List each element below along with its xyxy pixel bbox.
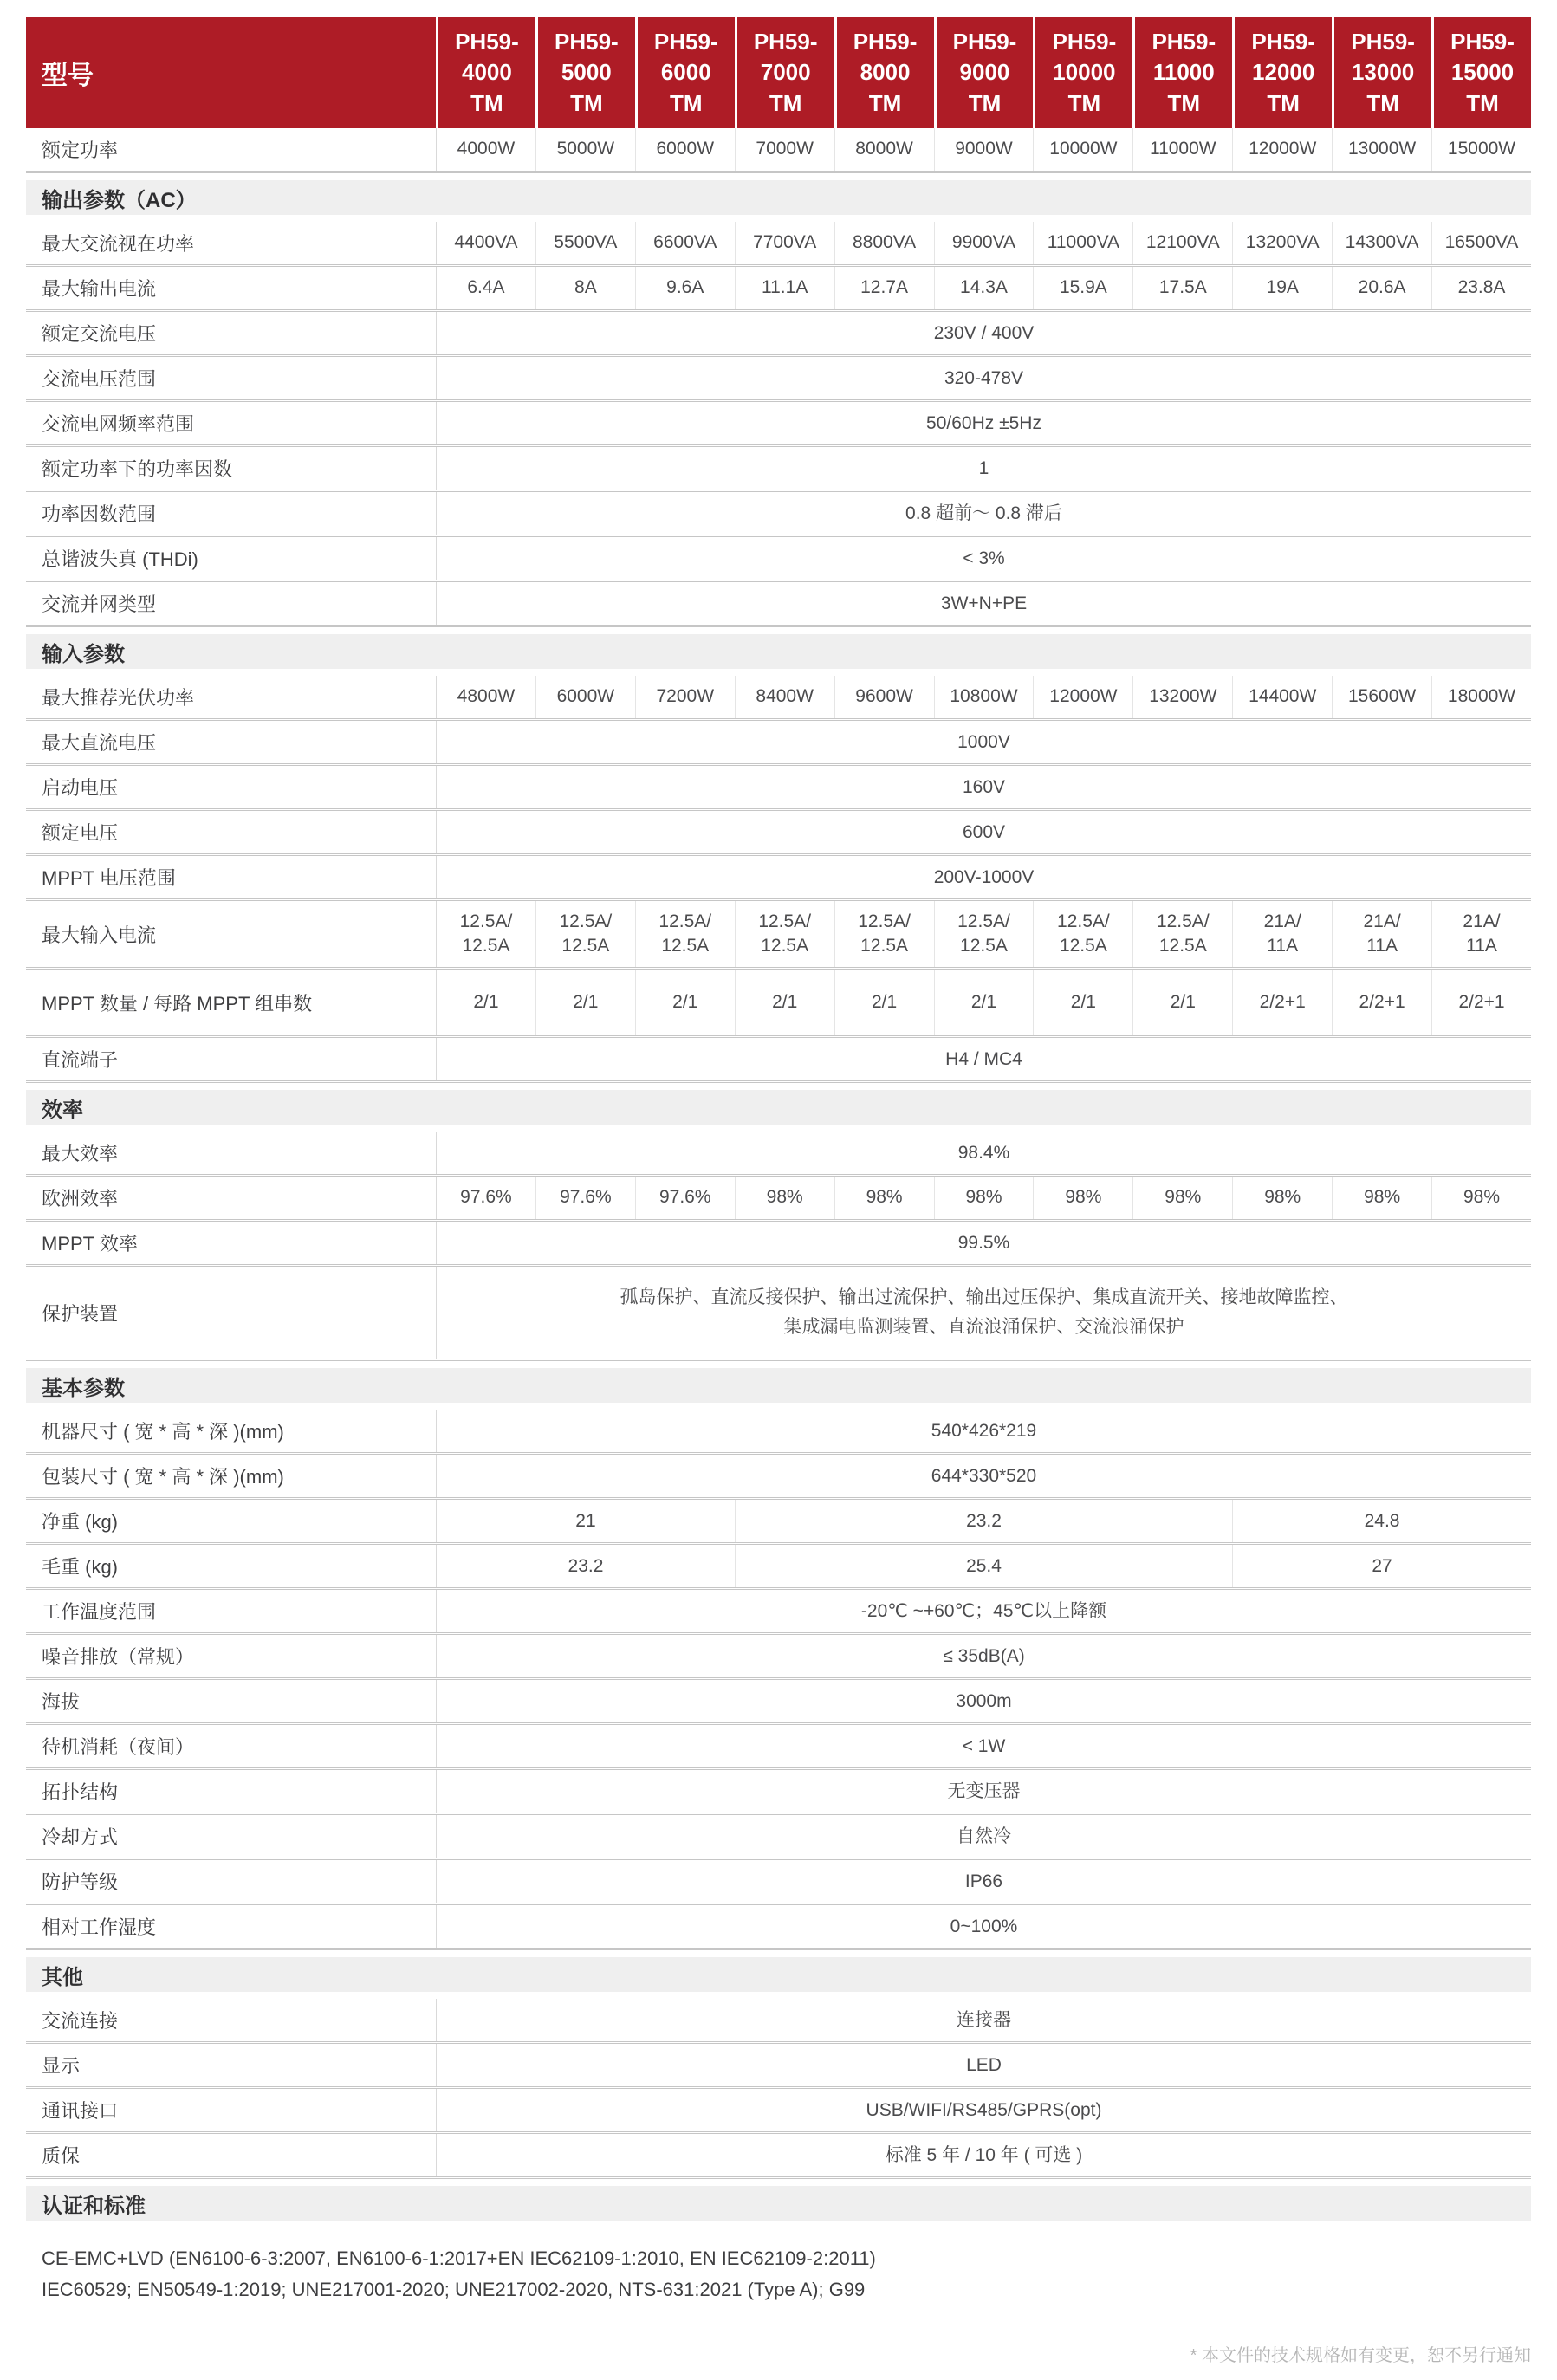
spec-value-group: 23.2 bbox=[735, 1500, 1232, 1542]
spec-row: 相对工作湿度0~100% bbox=[26, 1905, 1531, 1950]
spec-row-values: 99.5% bbox=[437, 1222, 1531, 1264]
spec-row-label: 最大交流视在功率 bbox=[26, 222, 437, 264]
spec-row-label: 待机消耗（夜间） bbox=[26, 1725, 437, 1767]
spec-row-label: 额定交流电压 bbox=[26, 312, 437, 354]
spec-row-label: 防护等级 bbox=[26, 1860, 437, 1903]
spec-value-span: < 3% bbox=[437, 537, 1531, 580]
spec-value-span: 1 bbox=[437, 447, 1531, 490]
spec-value-cell: 5000W bbox=[535, 128, 635, 171]
spec-value-cell: 8400W bbox=[735, 676, 834, 718]
specifications-table: 型号 PH59- 4000 TMPH59- 5000 TMPH59- 6000 … bbox=[26, 17, 1531, 2221]
spec-row-label: MPPT 电压范围 bbox=[26, 856, 437, 898]
spec-value-cell: 12000W bbox=[1033, 676, 1132, 718]
spec-row: 海拔3000m bbox=[26, 1680, 1531, 1725]
spec-value-cell: 97.6% bbox=[437, 1177, 535, 1219]
spec-value-cell: 8A bbox=[535, 267, 635, 309]
spec-row-label: 相对工作湿度 bbox=[26, 1905, 437, 1948]
spec-row: 交流电网频率范围50/60Hz ±5Hz bbox=[26, 402, 1531, 447]
spec-row-label: 额定电压 bbox=[26, 811, 437, 853]
spec-value-cell: 13000W bbox=[1332, 128, 1431, 171]
spec-value-span: -20℃ ~+60℃；45℃以上降额 bbox=[437, 1590, 1531, 1632]
spec-row-values: 160V bbox=[437, 766, 1531, 808]
spec-row: 防护等级IP66 bbox=[26, 1860, 1531, 1905]
spec-value-cell: 5500VA bbox=[535, 222, 635, 264]
spec-value-cell: 21A/ 11A bbox=[1431, 901, 1531, 967]
spec-value-cell: 15.9A bbox=[1033, 267, 1132, 309]
section-header: 其他 bbox=[26, 1957, 1531, 1992]
spec-row: 最大效率98.4% bbox=[26, 1132, 1531, 1177]
spec-row-label: 毛重 (kg) bbox=[26, 1545, 437, 1587]
spec-value-cell: 4000W bbox=[437, 128, 535, 171]
spec-value-span: 320-478V bbox=[437, 357, 1531, 399]
spec-row-label: 噪音排放（常规） bbox=[26, 1635, 437, 1677]
spec-row: 保护装置孤岛保护、直流反接保护、输出过流保护、输出过压保护、集成直流开关、接地故… bbox=[26, 1267, 1531, 1361]
spec-value-cell: 14300VA bbox=[1332, 222, 1431, 264]
spec-row: 额定电压600V bbox=[26, 811, 1531, 856]
section-header: 输出参数（AC） bbox=[26, 180, 1531, 215]
spec-row-values: 4400VA5500VA6600VA7700VA8800VA9900VA1100… bbox=[437, 222, 1531, 264]
spec-row-values: USB/WIFI/RS485/GPRS(opt) bbox=[437, 2089, 1531, 2131]
spec-value-cell: 13200VA bbox=[1232, 222, 1332, 264]
spec-value-cell: 98% bbox=[834, 1177, 934, 1219]
spec-value-span: 3W+N+PE bbox=[437, 582, 1531, 625]
spec-value-cell: 9900VA bbox=[934, 222, 1034, 264]
spec-row: 最大输入电流12.5A/ 12.5A12.5A/ 12.5A12.5A/ 12.… bbox=[26, 901, 1531, 970]
model-header-cell: PH59- 5000 TM bbox=[535, 17, 635, 128]
spec-row: 交流并网类型3W+N+PE bbox=[26, 582, 1531, 627]
spec-row: 最大交流视在功率4400VA5500VA6600VA7700VA8800VA99… bbox=[26, 222, 1531, 267]
spec-row-values: 连接器 bbox=[437, 1999, 1531, 2041]
spec-row-values: 2/12/12/12/12/12/12/12/12/2+12/2+12/2+1 bbox=[437, 970, 1531, 1035]
spec-value-cell: 17.5A bbox=[1132, 267, 1232, 309]
spec-row-label: 欧洲效率 bbox=[26, 1177, 437, 1219]
certifications-block: CE-EMC+LVD (EN6100-6-3:2007, EN6100-6-1:… bbox=[26, 2243, 1531, 2306]
model-header-cell: PH59- 8000 TM bbox=[834, 17, 934, 128]
spec-row-label: 质保 bbox=[26, 2134, 437, 2176]
spec-value-group: 21 bbox=[437, 1500, 735, 1542]
spec-row: 欧洲效率97.6%97.6%97.6%98%98%98%98%98%98%98%… bbox=[26, 1177, 1531, 1222]
spec-value-span: ≤ 35dB(A) bbox=[437, 1635, 1531, 1677]
spec-value-span: 0.8 超前～ 0.8 滞后 bbox=[437, 492, 1531, 535]
spec-row-values: 230V / 400V bbox=[437, 312, 1531, 354]
spec-value-cell: 2/1 bbox=[535, 970, 635, 1035]
spec-value-cell: 2/1 bbox=[1132, 970, 1232, 1035]
spec-value-cell: 12000W bbox=[1232, 128, 1332, 171]
spec-row-values: 97.6%97.6%97.6%98%98%98%98%98%98%98%98% bbox=[437, 1177, 1531, 1219]
spec-value-cell: 2/2+1 bbox=[1431, 970, 1531, 1035]
spec-row-label: 冷却方式 bbox=[26, 1815, 437, 1858]
spec-row-label: 交流电压范围 bbox=[26, 357, 437, 399]
spec-value-span: 540*426*219 bbox=[437, 1410, 1531, 1452]
spec-value-span: 230V / 400V bbox=[437, 312, 1531, 354]
spec-value-cell: 9000W bbox=[934, 128, 1034, 171]
spec-row-label: 直流端子 bbox=[26, 1038, 437, 1080]
spec-value-cell: 11.1A bbox=[735, 267, 834, 309]
spec-row: 通讯接口USB/WIFI/RS485/GPRS(opt) bbox=[26, 2089, 1531, 2134]
spec-value-span: H4 / MC4 bbox=[437, 1038, 1531, 1080]
spec-value-cell: 98% bbox=[934, 1177, 1034, 1219]
spec-row-values: 6.4A8A9.6A11.1A12.7A14.3A15.9A17.5A19A20… bbox=[437, 267, 1531, 309]
spec-row-values: 98.4% bbox=[437, 1132, 1531, 1174]
spec-row-label: 海拔 bbox=[26, 1680, 437, 1722]
spec-row-label: 工作温度范围 bbox=[26, 1590, 437, 1632]
spec-row-label: 包装尺寸 ( 宽 * 高 * 深 )(mm) bbox=[26, 1455, 437, 1497]
spec-row-values: 644*330*520 bbox=[437, 1455, 1531, 1497]
table-body: 额定功率4000W5000W6000W7000W8000W9000W10000W… bbox=[26, 128, 1531, 2221]
spec-row-values: 3W+N+PE bbox=[437, 582, 1531, 625]
spec-row-values: 孤岛保护、直流反接保护、输出过流保护、输出过压保护、集成直流开关、接地故障监控、… bbox=[437, 1267, 1531, 1359]
spec-value-cell: 2/2+1 bbox=[1232, 970, 1332, 1035]
model-header-row: 型号 PH59- 4000 TMPH59- 5000 TMPH59- 6000 … bbox=[26, 17, 1531, 128]
model-header-cell: PH59- 15000 TM bbox=[1431, 17, 1531, 128]
spec-row-values: 无变压器 bbox=[437, 1770, 1531, 1813]
model-header-cell: PH59- 12000 TM bbox=[1232, 17, 1332, 128]
spec-value-span: 98.4% bbox=[437, 1132, 1531, 1174]
spec-value-cell: 10000W bbox=[1033, 128, 1132, 171]
spec-value-cell: 98% bbox=[1033, 1177, 1132, 1219]
spec-sheet-page: 型号 PH59- 4000 TMPH59- 5000 TMPH59- 6000 … bbox=[0, 0, 1557, 2380]
spec-row-values: H4 / MC4 bbox=[437, 1038, 1531, 1080]
spec-row-label: 额定功率下的功率因数 bbox=[26, 447, 437, 490]
spec-value-cell: 21A/ 11A bbox=[1332, 901, 1431, 967]
spec-row: 机器尺寸 ( 宽 * 高 * 深 )(mm)540*426*219 bbox=[26, 1410, 1531, 1455]
spec-row: 额定功率4000W5000W6000W7000W8000W9000W10000W… bbox=[26, 128, 1531, 173]
spec-value-cell: 98% bbox=[1232, 1177, 1332, 1219]
spec-row: 交流连接连接器 bbox=[26, 1999, 1531, 2044]
spec-value-span: 3000m bbox=[437, 1680, 1531, 1722]
spec-row-label: 拓扑结构 bbox=[26, 1770, 437, 1813]
spec-value-cell: 4400VA bbox=[437, 222, 535, 264]
spec-value-cell: 6.4A bbox=[437, 267, 535, 309]
spec-row: 额定功率下的功率因数1 bbox=[26, 447, 1531, 492]
spec-value-cell: 8800VA bbox=[834, 222, 934, 264]
spec-value-cell: 4800W bbox=[437, 676, 535, 718]
spec-row: 最大输出电流6.4A8A9.6A11.1A12.7A14.3A15.9A17.5… bbox=[26, 267, 1531, 312]
spec-value-span: 自然冷 bbox=[437, 1815, 1531, 1858]
spec-row: MPPT 效率99.5% bbox=[26, 1222, 1531, 1267]
spec-value-cell: 13200W bbox=[1132, 676, 1232, 718]
spec-row: 功率因数范围0.8 超前～ 0.8 滞后 bbox=[26, 492, 1531, 537]
spec-row: 拓扑结构无变压器 bbox=[26, 1770, 1531, 1815]
spec-row-values: 0.8 超前～ 0.8 滞后 bbox=[437, 492, 1531, 535]
certification-line: IEC60529; EN50549-1:2019; UNE217001-2020… bbox=[42, 2274, 1531, 2305]
spec-value-cell: 2/2+1 bbox=[1332, 970, 1431, 1035]
section-header: 输入参数 bbox=[26, 634, 1531, 669]
spec-value-cell: 98% bbox=[735, 1177, 834, 1219]
spec-row-values: LED bbox=[437, 2044, 1531, 2086]
spec-row-label: 总谐波失真 (THDi) bbox=[26, 537, 437, 580]
spec-row-label: 最大直流电压 bbox=[26, 721, 437, 763]
spec-row-label: 启动电压 bbox=[26, 766, 437, 808]
section-header: 基本参数 bbox=[26, 1368, 1531, 1403]
spec-row-values: 1000V bbox=[437, 721, 1531, 763]
spec-row-label: 最大输出电流 bbox=[26, 267, 437, 309]
spec-value-cell: 12.5A/ 12.5A bbox=[1132, 901, 1232, 967]
spec-row: 最大直流电压1000V bbox=[26, 721, 1531, 766]
spec-row-values: 12.5A/ 12.5A12.5A/ 12.5A12.5A/ 12.5A12.5… bbox=[437, 901, 1531, 967]
spec-row: 包装尺寸 ( 宽 * 高 * 深 )(mm)644*330*520 bbox=[26, 1455, 1531, 1500]
spec-row: 显示LED bbox=[26, 2044, 1531, 2089]
spec-row-values: -20℃ ~+60℃；45℃以上降额 bbox=[437, 1590, 1531, 1632]
spec-value-cell: 2/1 bbox=[934, 970, 1034, 1035]
spec-row-label: 净重 (kg) bbox=[26, 1500, 437, 1542]
spec-value-cell: 7700VA bbox=[735, 222, 834, 264]
spec-value-group: 27 bbox=[1232, 1545, 1531, 1587]
spec-value-span: 200V-1000V bbox=[437, 856, 1531, 898]
spec-value-cell: 2/1 bbox=[735, 970, 834, 1035]
spec-row-label: 交流并网类型 bbox=[26, 582, 437, 625]
spec-value-cell: 2/1 bbox=[635, 970, 735, 1035]
spec-value-cell: 2/1 bbox=[834, 970, 934, 1035]
spec-row: 待机消耗（夜间）< 1W bbox=[26, 1725, 1531, 1770]
spec-value-cell: 97.6% bbox=[535, 1177, 635, 1219]
spec-row-values: < 3% bbox=[437, 537, 1531, 580]
spec-value-cell: 16500VA bbox=[1431, 222, 1531, 264]
spec-value-cell: 15000W bbox=[1431, 128, 1531, 171]
model-header-cell: PH59- 9000 TM bbox=[934, 17, 1034, 128]
spec-value-cell: 97.6% bbox=[635, 1177, 735, 1219]
model-header-label: 型号 bbox=[26, 17, 436, 128]
spec-row: 交流电压范围320-478V bbox=[26, 357, 1531, 402]
spec-row: 质保标准 5 年 / 10 年 ( 可选 ) bbox=[26, 2134, 1531, 2179]
spec-value-cell: 7000W bbox=[735, 128, 834, 171]
spec-value-cell: 21A/ 11A bbox=[1232, 901, 1332, 967]
spec-value-span: 1000V bbox=[437, 721, 1531, 763]
spec-value-cell: 12.5A/ 12.5A bbox=[934, 901, 1034, 967]
spec-row-label: 功率因数范围 bbox=[26, 492, 437, 535]
spec-value-span: 50/60Hz ±5Hz bbox=[437, 402, 1531, 444]
model-header-cell: PH59- 7000 TM bbox=[735, 17, 834, 128]
spec-value-span: 644*330*520 bbox=[437, 1455, 1531, 1497]
spec-value-cell: 98% bbox=[1431, 1177, 1531, 1219]
spec-row-values: 标准 5 年 / 10 年 ( 可选 ) bbox=[437, 2134, 1531, 2176]
spec-row-values: 4800W6000W7200W8400W9600W10800W12000W132… bbox=[437, 676, 1531, 718]
spec-row: 净重 (kg)2123.224.8 bbox=[26, 1500, 1531, 1545]
spec-row: 工作温度范围-20℃ ~+60℃；45℃以上降额 bbox=[26, 1590, 1531, 1635]
spec-value-cell: 12.5A/ 12.5A bbox=[535, 901, 635, 967]
spec-value-cell: 9600W bbox=[834, 676, 934, 718]
spec-row-values: 320-478V bbox=[437, 357, 1531, 399]
spec-row-values: 50/60Hz ±5Hz bbox=[437, 402, 1531, 444]
spec-value-group: 24.8 bbox=[1232, 1500, 1531, 1542]
spec-value-cell: 19A bbox=[1232, 267, 1332, 309]
model-header-cell: PH59- 13000 TM bbox=[1332, 17, 1431, 128]
spec-value-cell: 11000W bbox=[1132, 128, 1232, 171]
spec-row-label: 额定功率 bbox=[26, 128, 437, 171]
spec-row-label: 交流连接 bbox=[26, 1999, 437, 2041]
spec-value-cell: 7200W bbox=[635, 676, 735, 718]
spec-value-cell: 98% bbox=[1132, 1177, 1232, 1219]
spec-value-cell: 14400W bbox=[1232, 676, 1332, 718]
spec-row: 冷却方式自然冷 bbox=[26, 1815, 1531, 1860]
disclaimer-note: * 本文件的技术规格如有变更，恕不另行通知 bbox=[26, 2341, 1531, 2366]
model-header-cell: PH59- 11000 TM bbox=[1132, 17, 1232, 128]
spec-value-cell: 12.5A/ 12.5A bbox=[1033, 901, 1132, 967]
spec-row-label: 交流电网频率范围 bbox=[26, 402, 437, 444]
spec-value-span: IP66 bbox=[437, 1860, 1531, 1903]
spec-value-cell: 12.7A bbox=[834, 267, 934, 309]
spec-row-values: ≤ 35dB(A) bbox=[437, 1635, 1531, 1677]
spec-row-label: 最大推荐光伏功率 bbox=[26, 676, 437, 718]
spec-row: MPPT 电压范围200V-1000V bbox=[26, 856, 1531, 901]
spec-value-cell: 14.3A bbox=[934, 267, 1034, 309]
spec-row-label: 显示 bbox=[26, 2044, 437, 2086]
spec-value-cell: 23.8A bbox=[1431, 267, 1531, 309]
spec-value-cell: 2/1 bbox=[1033, 970, 1132, 1035]
spec-row-label: 机器尺寸 ( 宽 * 高 * 深 )(mm) bbox=[26, 1410, 437, 1452]
spec-value-cell: 12.5A/ 12.5A bbox=[635, 901, 735, 967]
spec-row: 最大推荐光伏功率4800W6000W7200W8400W9600W10800W1… bbox=[26, 676, 1531, 721]
spec-row: 总谐波失真 (THDi)< 3% bbox=[26, 537, 1531, 582]
spec-value-cell: 12.5A/ 12.5A bbox=[834, 901, 934, 967]
spec-row-label: 最大效率 bbox=[26, 1132, 437, 1174]
spec-value-cell: 10800W bbox=[934, 676, 1034, 718]
spec-value-cell: 12100VA bbox=[1132, 222, 1232, 264]
spec-value-cell: 6000W bbox=[635, 128, 735, 171]
spec-row: 启动电压160V bbox=[26, 766, 1531, 811]
spec-row-values: 23.225.427 bbox=[437, 1545, 1531, 1587]
spec-value-cell: 12.5A/ 12.5A bbox=[437, 901, 535, 967]
spec-row: 直流端子H4 / MC4 bbox=[26, 1038, 1531, 1083]
spec-row-values: IP66 bbox=[437, 1860, 1531, 1903]
spec-row-values: 2123.224.8 bbox=[437, 1500, 1531, 1542]
spec-value-span: 0~100% bbox=[437, 1905, 1531, 1948]
spec-value-cell: 2/1 bbox=[437, 970, 535, 1035]
spec-row-values: < 1W bbox=[437, 1725, 1531, 1767]
section-header: 效率 bbox=[26, 1090, 1531, 1125]
spec-value-span: USB/WIFI/RS485/GPRS(opt) bbox=[437, 2089, 1531, 2131]
spec-value-cell: 9.6A bbox=[635, 267, 735, 309]
spec-value-cell: 98% bbox=[1332, 1177, 1431, 1219]
spec-value-span: 600V bbox=[437, 811, 1531, 853]
spec-value-cell: 18000W bbox=[1431, 676, 1531, 718]
spec-row-values: 3000m bbox=[437, 1680, 1531, 1722]
spec-row: 噪音排放（常规）≤ 35dB(A) bbox=[26, 1635, 1531, 1680]
spec-row-values: 1 bbox=[437, 447, 1531, 490]
spec-value-cell: 20.6A bbox=[1332, 267, 1431, 309]
spec-value-cell: 15600W bbox=[1332, 676, 1431, 718]
spec-row-label: MPPT 数量 / 每路 MPPT 组串数 bbox=[26, 970, 437, 1035]
spec-row: 毛重 (kg)23.225.427 bbox=[26, 1545, 1531, 1590]
spec-row-label: 最大输入电流 bbox=[26, 901, 437, 967]
model-header-cells: PH59- 4000 TMPH59- 5000 TMPH59- 6000 TMP… bbox=[436, 17, 1531, 128]
spec-value-group: 25.4 bbox=[735, 1545, 1232, 1587]
spec-row-values: 540*426*219 bbox=[437, 1410, 1531, 1452]
spec-value-cell: 6600VA bbox=[635, 222, 735, 264]
spec-row-label: MPPT 效率 bbox=[26, 1222, 437, 1264]
spec-value-cell: 12.5A/ 12.5A bbox=[735, 901, 834, 967]
spec-value-span: < 1W bbox=[437, 1725, 1531, 1767]
spec-value-span: 连接器 bbox=[437, 1999, 1531, 2041]
model-header-cell: PH59- 6000 TM bbox=[635, 17, 735, 128]
spec-row-label: 通讯接口 bbox=[26, 2089, 437, 2131]
spec-row-values: 200V-1000V bbox=[437, 856, 1531, 898]
spec-row-values: 600V bbox=[437, 811, 1531, 853]
model-header-cell: PH59- 4000 TM bbox=[436, 17, 535, 128]
section-header: 认证和标准 bbox=[26, 2186, 1531, 2221]
spec-row-label: 保护装置 bbox=[26, 1267, 437, 1359]
spec-value-group: 23.2 bbox=[437, 1545, 735, 1587]
spec-value-span: 标准 5 年 / 10 年 ( 可选 ) bbox=[437, 2134, 1531, 2176]
spec-value-span: 160V bbox=[437, 766, 1531, 808]
spec-row: 额定交流电压230V / 400V bbox=[26, 312, 1531, 357]
certification-line: CE-EMC+LVD (EN6100-6-3:2007, EN6100-6-1:… bbox=[42, 2243, 1531, 2274]
spec-value-cell: 11000VA bbox=[1033, 222, 1132, 264]
model-header-cell: PH59- 10000 TM bbox=[1033, 17, 1132, 128]
spec-row: MPPT 数量 / 每路 MPPT 组串数2/12/12/12/12/12/12… bbox=[26, 970, 1531, 1038]
spec-value-span: 孤岛保护、直流反接保护、输出过流保护、输出过压保护、集成直流开关、接地故障监控、… bbox=[437, 1267, 1531, 1359]
spec-value-cell: 6000W bbox=[535, 676, 635, 718]
spec-row-values: 0~100% bbox=[437, 1905, 1531, 1948]
spec-value-span: LED bbox=[437, 2044, 1531, 2086]
spec-row-values: 自然冷 bbox=[437, 1815, 1531, 1858]
spec-row-values: 4000W5000W6000W7000W8000W9000W10000W1100… bbox=[437, 128, 1531, 171]
spec-value-span: 无变压器 bbox=[437, 1770, 1531, 1813]
spec-value-span: 99.5% bbox=[437, 1222, 1531, 1264]
spec-value-cell: 8000W bbox=[834, 128, 934, 171]
